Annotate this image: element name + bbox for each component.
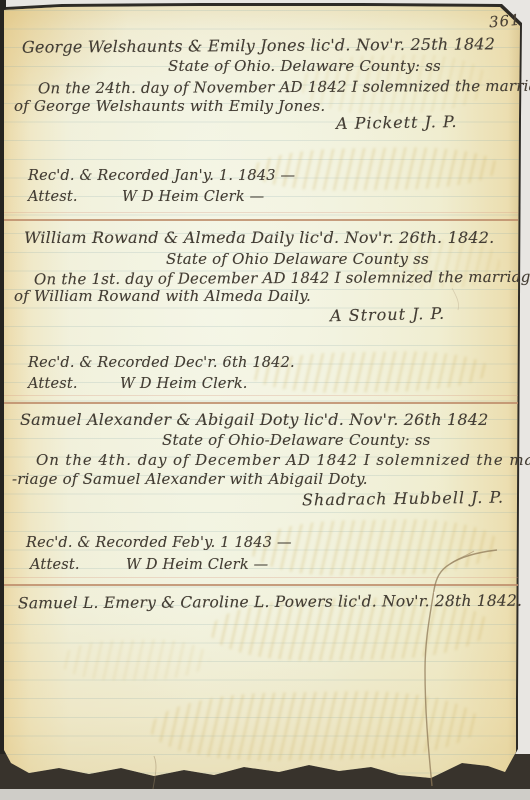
entry-title: William Rowand & Almeda Daily lic'd. Nov… <box>24 228 494 247</box>
entry-body-line: of William Rowand with Almeda Daily. <box>14 287 311 305</box>
attest-label: Attest. <box>28 189 78 205</box>
entry-body-line: On the 24th. day of November AD 1842 I s… <box>38 77 530 98</box>
separator-rule <box>4 402 518 404</box>
entry-body-line: On the 1st. day of December AD 1842 I so… <box>34 268 530 289</box>
recorded-line: Rec'd. & Recorded Feb'y. 1 1843 — <box>26 535 292 551</box>
recorded-line: Rec'd. & Recorded Jan'y. 1. 1843 — <box>28 168 295 184</box>
clerk-signature: W D Heim Clerk — <box>122 189 264 205</box>
entry-body-line: of George Welshaunts with Emily Jones. <box>14 97 325 115</box>
separator-rule <box>4 584 518 586</box>
page-number: 361 <box>488 11 521 32</box>
entry-body-line: -riage of Samuel Alexander with Abigail … <box>12 470 368 488</box>
scanned-ledger-page: 361 George Welshaunts & Emily Jones lic'… <box>0 0 530 800</box>
separator-rule <box>4 219 518 221</box>
scan-background-bottom-strip <box>0 789 530 800</box>
clerk-signature: W D Heim Clerk — <box>126 557 268 573</box>
entry-signature: A Strout J. P. <box>330 304 445 325</box>
entry-state-line: State of Ohio. Delaware County: ss <box>168 57 441 75</box>
entry-title: Samuel Alexander & Abigail Doty lic'd. N… <box>20 410 489 429</box>
attest-label: Attest. <box>30 557 80 573</box>
entry-state-line: State of Ohio-Delaware County: ss <box>162 431 431 449</box>
entry-state-line: State of Ohio Delaware County ss <box>166 250 429 268</box>
bleedthrough-marks <box>60 639 211 682</box>
entry-body-line: On the 4th. day of December AD 1842 I so… <box>36 451 530 469</box>
entry-signature: A Pickett J. P. <box>336 112 458 133</box>
attest-label: Attest. <box>28 376 78 392</box>
entry-signature: Shadrach Hubbell J. P. <box>302 488 504 510</box>
entry-title: Samuel L. Emery & Caroline L. Powers lic… <box>18 592 522 613</box>
entry-title: George Welshaunts & Emily Jones lic'd. N… <box>22 34 495 56</box>
clerk-signature: W D Heim Clerk. <box>120 376 248 392</box>
recorded-line: Rec'd. & Recorded Dec'r. 6th 1842. <box>28 355 295 371</box>
